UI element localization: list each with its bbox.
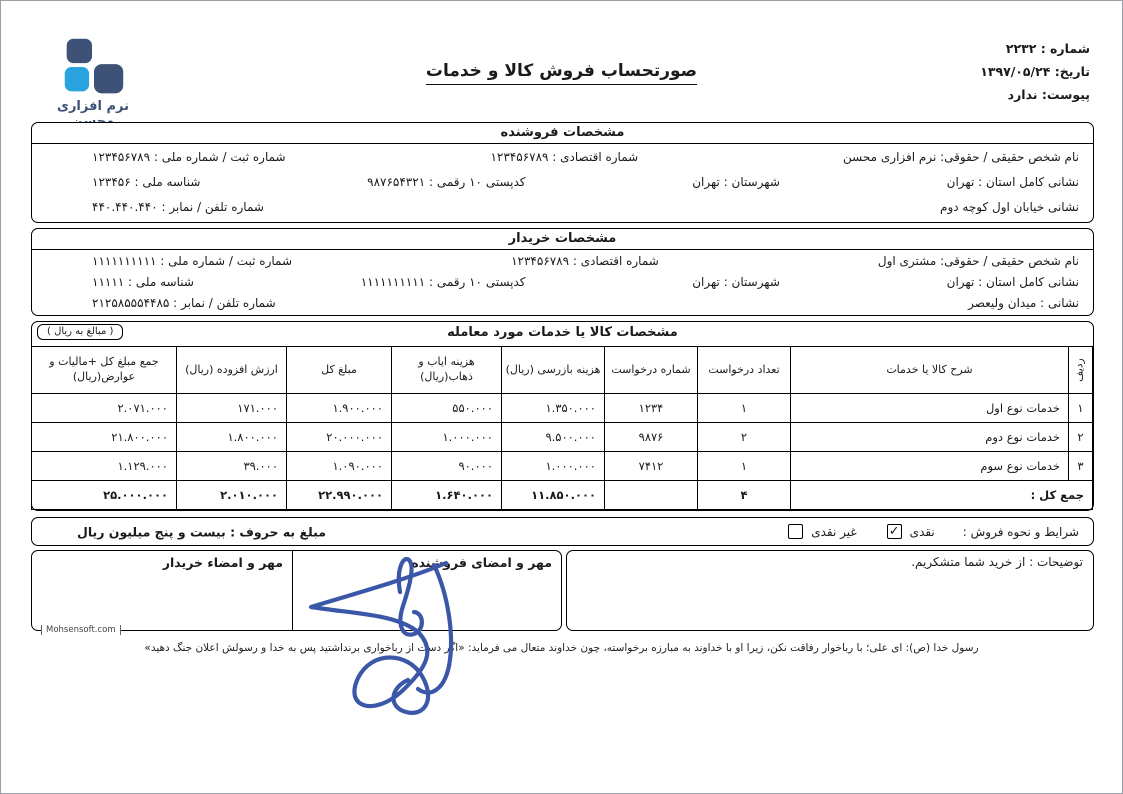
buyer-row-1: نام شخص حقیقی / حقوقی: مشتری اول شماره ا… [32,254,1093,268]
seller-section: مشخصات فروشنده نام شخص حقیقی / حقوقی: نر… [31,122,1094,223]
item-inspection-cost: ۱.۳۵۰.۰۰۰ [502,394,605,423]
col-inspection-cost: هزینه بازرسی (ریال) [502,347,605,394]
seller-section-title: مشخصات فروشنده [32,123,1093,144]
company-logo: نرم افزاری محسن [35,37,151,129]
cash-checkbox[interactable]: ✓ [887,524,902,539]
buyer-name: نام شخص حقیقی / حقوقی: مشتری اول [878,254,1079,268]
seller-national-id: شناسه ملی : ۱۲۳۴۵۶ [92,175,200,189]
total-quantity: ۴ [698,481,791,510]
item-quantity: ۱ [698,394,791,423]
item-grand-total: ۲.۰۷۱.۰۰۰ [32,394,177,423]
col-transport-cost: هزینه ایاب و ذهاب(ریال) [392,347,502,394]
seller-province: نشانی کامل استان : تهران [947,175,1079,189]
item-total: ۱.۰۹۰.۰۰۰ [287,452,392,481]
seller-row-1: نام شخص حقیقی / حقوقی: نرم افزاری محسن ش… [32,150,1093,164]
buyer-address: نشانی : میدان ولیعصر [968,296,1079,310]
row-number: ۲ [1069,423,1093,452]
invoice-page: نرم افزاری محسن صورتحساب فروش کالا و خدم… [0,0,1123,794]
item-grand-total: ۱.۱۲۹.۰۰۰ [32,452,177,481]
item-row: ۲ خدمات نوع دوم ۲ ۹۸۷۶ ۹.۵۰۰.۰۰۰ ۱.۰۰۰.۰… [32,423,1093,452]
buyer-registration-number: شماره ثبت / شماره ملی : ۱۱۱۱۱۱۱۱۱۱ [92,254,292,268]
seller-city: شهرستان : تهران [692,175,780,189]
item-transport-cost: ۱.۰۰۰.۰۰۰ [392,423,502,452]
buyer-signature-area: مهر و امضاء خریدار [32,551,292,630]
item-inspection-cost: ۱.۰۰۰.۰۰۰ [502,452,605,481]
seller-phone: شماره تلفن / نمابر : ۴۴۰.۴۴۰.۴۴۰ [92,200,264,214]
seller-economic-code: شماره اقتصادی : ۱۲۳۴۵۶۷۸۹ [490,150,638,164]
item-inspection-cost: ۹.۵۰۰.۰۰۰ [502,423,605,452]
items-section: مشخصات کالا یا خدمات مورد معامله ( مبالغ… [31,321,1094,511]
buyer-signature-label: مهر و امضاء خریدار [163,555,283,570]
item-vat: ۱۷۱.۰۰۰ [177,394,287,423]
item-total: ۱.۹۰۰.۰۰۰ [287,394,392,423]
document-title: صورتحساب فروش کالا و خدمات [1,61,1122,81]
total-transport-cost: ۱.۶۴۰.۰۰۰ [392,481,502,510]
item-transport-cost: ۵۵۰.۰۰۰ [392,394,502,423]
seller-registration-number: شماره ثبت / شماره ملی : ۱۲۳۴۵۶۷۸۹ [92,150,286,164]
seller-address: نشانی خیابان اول کوچه دوم [940,200,1079,214]
totals-label: جمع کل : [791,481,1093,510]
cash-label: نقدی [910,525,935,539]
buyer-row-2: نشانی کامل استان : تهران شهرستان : تهران… [32,275,1093,289]
col-vat: ارزش افزوده (ریال) [177,347,287,394]
invoice-attachment: پیوست: ندارد [980,83,1090,106]
buyer-row-3: نشانی : میدان ولیعصر شماره تلفن / نمابر … [32,296,1093,310]
item-grand-total: ۲۱.۸۰۰.۰۰۰ [32,423,177,452]
item-description: خدمات نوع اول [791,394,1069,423]
totals-row: جمع کل : ۴ ۱۱.۸۵۰.۰۰۰ ۱.۶۴۰.۰۰۰ ۲۲.۹۹۰.۰… [32,481,1093,510]
terms-section: شرایط و نحوه فروش : نقدی ✓ غیر نقدی مبلغ… [31,517,1094,546]
seller-signature-area: مهر و امضای فروشنده [292,551,561,630]
buyer-phone: شماره تلفن / نمابر : ۲۱۲۵۸۵۵۵۴۴۸۵ [92,296,276,310]
buyer-economic-code: شماره اقتصادی : ۱۲۳۴۵۶۷۸۹ [511,254,659,268]
col-quantity: تعداد درخواست [698,347,791,394]
row-number: ۳ [1069,452,1093,481]
amounts-in-rial-note: ( مبالغ به ریال ) [37,324,123,340]
invoice-date: تاریخ: ۱۳۹۷/۰۵/۲۴ [980,60,1090,83]
notes-box: توضیحات : از خرید شما متشکریم. [566,550,1094,631]
sale-terms-label: شرایط و نحوه فروش : [963,525,1079,539]
credit-label: غیر نقدی [811,525,856,539]
col-total-amount: مبلغ کل [287,347,392,394]
item-vat: ۱.۸۰۰.۰۰۰ [177,423,287,452]
total-request-number [605,481,698,510]
item-transport-cost: ۹۰.۰۰۰ [392,452,502,481]
amount-in-words: مبلغ به حروف : بیست و پنج میلیون ریال [77,524,326,539]
seller-row-2: نشانی کامل استان : تهران شهرستان : تهران… [32,175,1093,189]
col-description: شرح کالا یا خدمات [791,347,1069,394]
items-header: مشخصات کالا یا خدمات مورد معامله ( مبالغ… [32,322,1093,346]
item-description: خدمات نوع دوم [791,423,1069,452]
footer-quote: رسول خدا (ص): ای علی؛ با رباخوار رفاقت ن… [1,642,1122,654]
item-quantity: ۲ [698,423,791,452]
buyer-province: نشانی کامل استان : تهران [947,275,1079,289]
seller-name: نام شخص حقیقی / حقوقی: نرم افزاری محسن [843,150,1079,164]
col-row-number: ردیف [1069,347,1093,394]
invoice-number: شماره : ۲۲۳۲ [980,37,1090,60]
col-request-number: شماره درخواست [605,347,698,394]
buyer-national-id: شناسه ملی : ۱۱۱۱۱ [92,275,194,289]
seller-row-3: نشانی خیابان اول کوچه دوم شماره تلفن / ن… [32,200,1093,214]
total-grand: ۲۵.۰۰۰.۰۰۰ [32,481,177,510]
item-row: ۱ خدمات نوع اول ۱ ۱۲۳۴ ۱.۳۵۰.۰۰۰ ۵۵۰.۰۰۰… [32,394,1093,423]
invoice-meta: شماره : ۲۲۳۲ تاریخ: ۱۳۹۷/۰۵/۲۴ پیوست: ند… [980,37,1090,106]
credit-checkbox[interactable] [788,524,803,539]
item-total: ۲۰.۰۰۰.۰۰۰ [287,423,392,452]
col-grand-total: جمع مبلغ کل +مالیات و عوارض(ریال) [32,347,177,394]
seller-signature-label: مهر و امضای فروشنده [411,555,552,570]
watermark-url: Mohsensoft.com [41,625,121,635]
notes-text: توضیحات : از خرید شما متشکریم. [911,555,1083,569]
item-request-number: ۱۲۳۴ [605,394,698,423]
total-amount: ۲۲.۹۹۰.۰۰۰ [287,481,392,510]
item-description: خدمات نوع سوم [791,452,1069,481]
buyer-postal-code: کدپستی ۱۰ رقمی : ۱۱۱۱۱۱۱۱۱۱ [361,275,526,289]
total-vat: ۲.۰۱۰.۰۰۰ [177,481,287,510]
seller-postal-code: کدپستی ۱۰ رقمی : ۹۸۷۶۵۴۳۲۱ [367,175,525,189]
item-row: ۳ خدمات نوع سوم ۱ ۷۴۱۲ ۱.۰۰۰.۰۰۰ ۹۰.۰۰۰ … [32,452,1093,481]
item-vat: ۳۹.۰۰۰ [177,452,287,481]
total-inspection-cost: ۱۱.۸۵۰.۰۰۰ [502,481,605,510]
checkmark-icon: ✓ [889,525,900,538]
buyer-section-title: مشخصات خریدار [32,229,1093,250]
item-quantity: ۱ [698,452,791,481]
signatures-box: مهر و امضای فروشنده مهر و امضاء خریدار [31,550,562,631]
row-number: ۱ [1069,394,1093,423]
item-request-number: ۷۴۱۲ [605,452,698,481]
buyer-section: مشخصات خریدار نام شخص حقیقی / حقوقی: مشت… [31,228,1094,316]
items-header-row: ردیف شرح کالا یا خدمات تعداد درخواست شما… [32,347,1093,394]
item-request-number: ۹۸۷۶ [605,423,698,452]
buyer-city: شهرستان : تهران [692,275,780,289]
items-table: ردیف شرح کالا یا خدمات تعداد درخواست شما… [31,346,1093,510]
items-section-title: مشخصات کالا یا خدمات مورد معامله [32,322,1093,340]
